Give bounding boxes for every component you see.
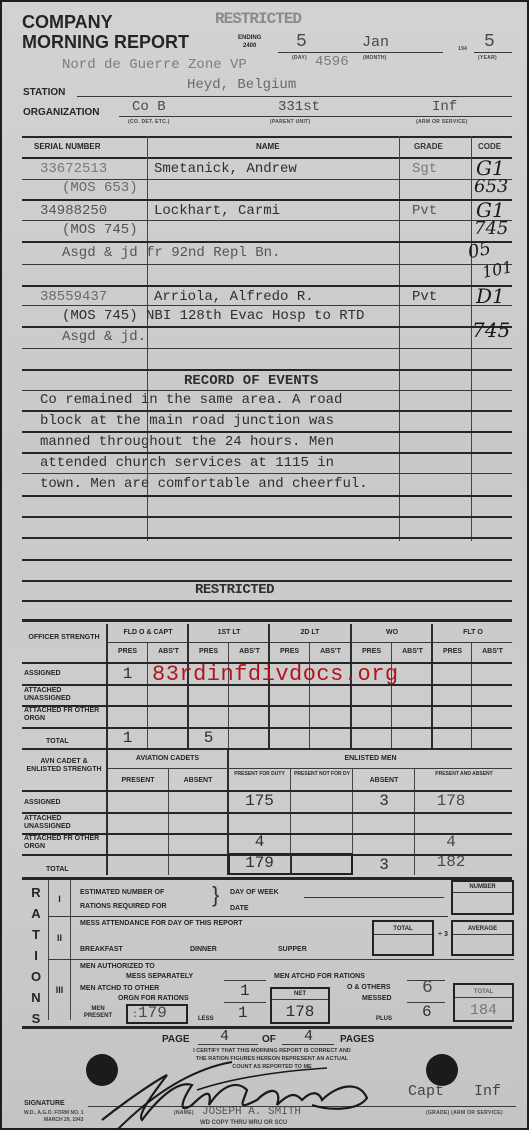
average-label: AVERAGE xyxy=(453,925,512,933)
record-of-events-title: RECORD OF EVENTS xyxy=(184,373,318,389)
group-enlisted-men: ENLISTED MEN xyxy=(229,755,512,763)
section-3-numeral: III xyxy=(49,985,70,995)
atchd-other-underline xyxy=(224,1002,266,1003)
enlisted-strength-header: AVN CADET & ENLISTED STRENGTH xyxy=(24,758,104,774)
row-label-assigned: ASSIGNED xyxy=(24,670,61,678)
enlisted-assigned-absent: 3 xyxy=(354,792,414,810)
supper-label: SUPPER xyxy=(278,946,307,954)
ending-label: ENDING 2400 xyxy=(238,34,261,50)
event-line: town. Men are comfortable and cheerful. xyxy=(40,476,368,492)
restricted-stamp-top: RESTRICTED xyxy=(215,10,301,28)
grid-reference: 4596 xyxy=(315,54,349,70)
rations-total-box-rule xyxy=(455,997,512,998)
number-box-rule xyxy=(453,892,512,893)
report-year: 5 xyxy=(484,32,495,52)
signer-name: JOSEPH A. SMITH xyxy=(202,1106,301,1118)
section-rule xyxy=(22,1026,512,1029)
code-mos: 745 xyxy=(472,318,510,342)
row-rule xyxy=(22,431,512,433)
roster-top-rule xyxy=(22,136,512,138)
subcol-abst: ABS'T xyxy=(311,648,350,656)
code-remark-2: 101 xyxy=(480,257,514,282)
officer-assigned-fld-pres: 1 xyxy=(108,665,147,683)
subcol-abst: ABS'T xyxy=(230,648,269,656)
net-value: 178 xyxy=(272,1003,328,1021)
signature-label: SIGNATURE xyxy=(24,1100,65,1107)
event-line: attended church services at 1115 in xyxy=(40,455,334,471)
remark: Asgd & jd. xyxy=(62,329,146,345)
orgn-for-rations-label: ORGN FOR RATIONS xyxy=(118,995,189,1003)
row-label-assigned: ASSIGNED xyxy=(24,799,61,807)
row-rule xyxy=(22,348,512,349)
row-rule xyxy=(22,452,512,454)
row-rule xyxy=(22,220,512,221)
year-underline xyxy=(474,52,512,53)
enlisted-total-total: 182 xyxy=(416,853,486,871)
group-aviation-cadets: AVIATION CADETS xyxy=(108,755,227,763)
plus-value: 6 xyxy=(422,1003,432,1021)
mess-separately-label: MESS SEPARATELY xyxy=(126,973,193,981)
officer-subheader-rule xyxy=(106,642,512,643)
row-rule xyxy=(22,516,512,518)
page-number: 4 xyxy=(220,1028,229,1045)
subcol-pres: PRES xyxy=(352,648,391,656)
group-wo: WO xyxy=(352,629,432,637)
officer-total-1st-lt-pres: 5 xyxy=(189,729,228,747)
enlisted-total-pfd: 179 xyxy=(229,854,290,872)
row-rule xyxy=(22,410,512,412)
day-of-week-underline xyxy=(304,897,444,898)
subcol-abst: ABS'T xyxy=(473,648,512,656)
enlisted-total-absent: 3 xyxy=(354,856,414,874)
soldier-name: Arriola, Alfredo R. xyxy=(154,289,314,305)
grade: Pvt xyxy=(412,289,437,305)
mess-total-label: TOTAL xyxy=(374,925,432,933)
code: D1 xyxy=(476,284,505,308)
morning-report-page: COMPANY MORNING REPORT RESTRICTED ENDING… xyxy=(2,2,527,1128)
officer-vline xyxy=(471,643,472,748)
copy-note: WD COPY THRU MRU OR SCU xyxy=(200,1120,287,1126)
code-mos: 745 xyxy=(474,218,508,239)
divide-by-three: ÷ 3 xyxy=(436,930,450,940)
officer-vline xyxy=(147,643,148,748)
mos: (MOS 653) xyxy=(62,180,138,196)
subcol-abst: ABS'T xyxy=(393,648,432,656)
less-value: 1 xyxy=(238,1004,248,1022)
net-box-rule xyxy=(272,999,328,1000)
mess-separately-underline xyxy=(224,980,266,981)
rations-vertical-label: R A T I O N S xyxy=(24,882,48,1029)
signer-arm: Inf xyxy=(474,1083,501,1100)
col-cadet-present: PRESENT xyxy=(108,777,168,785)
rations-rule xyxy=(48,959,514,960)
report-month: Jan xyxy=(362,34,389,51)
date-label: DATE xyxy=(230,905,249,913)
row-rule xyxy=(22,559,512,561)
plus-label: PLUS xyxy=(376,1015,392,1023)
grade-caption: (GRADE) (ARM OR SERVICE) xyxy=(426,1110,503,1116)
mos: (MOS 745) xyxy=(62,222,138,238)
year-caption: (YEAR) xyxy=(478,55,497,61)
messed-label: MESSED xyxy=(362,995,392,1003)
officer-vline xyxy=(391,643,392,748)
org-caption-arm: (ARM OR SERVICE) xyxy=(416,119,468,125)
breakfast-label: BREAKFAST xyxy=(80,946,123,954)
subcol-abst: ABS'T xyxy=(149,648,188,656)
roster-header-rule xyxy=(22,157,512,159)
section-2-text: MESS ATTENDANCE FOR DAY OF THIS REPORT xyxy=(80,920,243,928)
binder-hole-right xyxy=(426,1054,458,1086)
row-rule xyxy=(22,199,512,201)
org-company: Co B xyxy=(132,99,166,115)
section-rule xyxy=(22,877,512,880)
col-grade: GRADE xyxy=(414,143,443,151)
total-pages: 4 xyxy=(304,1028,313,1045)
rations-rule xyxy=(48,916,448,917)
row-rule xyxy=(22,812,512,814)
row-label-attached-fr-other: ATTACHED FR OTHER ORGN xyxy=(24,707,104,723)
group-2d-lt: 2D LT xyxy=(270,629,350,637)
signer-grade: Capt xyxy=(408,1083,444,1100)
section-1-text: ESTIMATED NUMBER OF xyxy=(80,889,164,897)
org-caption-parent: (PARENT UNIT) xyxy=(270,119,310,125)
enlisted-assigned-total: 178 xyxy=(416,792,486,810)
day-of-week-label: DAY OF WEEK xyxy=(230,889,279,897)
serial-number: 33672513 xyxy=(40,161,107,177)
restricted-stamp-mid: RESTRICTED xyxy=(195,582,274,598)
location-line: Nord de Guerre Zone VP xyxy=(62,57,247,73)
dinner-label: DINNER xyxy=(190,946,217,954)
col-cadet-absent: ABSENT xyxy=(169,777,227,785)
org-caption-company: (CO. DET. ETC.) xyxy=(128,119,170,125)
org-parent: 331st xyxy=(278,99,320,115)
officer-vline xyxy=(309,643,310,748)
row-rule xyxy=(22,326,512,328)
enlisted-assigned-pfd: 175 xyxy=(229,792,290,810)
average-box-rule xyxy=(453,934,512,935)
grade: Sgt xyxy=(412,161,437,177)
row-rule xyxy=(22,537,512,539)
name-caption: (NAME) xyxy=(174,1110,194,1116)
serial-number: 34988250 xyxy=(40,203,107,219)
col-present-and-absent: PRESENT AND ABSENT xyxy=(416,771,512,778)
brace-icon: } xyxy=(212,884,219,906)
col-enlisted-absent: ABSENT xyxy=(354,777,414,785)
of-label: OF xyxy=(262,1034,276,1045)
men-atchd-other-value: 1 xyxy=(240,982,250,1000)
section-1-numeral: I xyxy=(49,894,70,904)
col-present-not-for-duty: PRESENT NOT FOR DY xyxy=(292,771,352,778)
serial-number: 38559437 xyxy=(40,289,107,305)
form-title: COMPANY MORNING REPORT xyxy=(22,12,189,52)
day-caption: (DAY) xyxy=(292,55,307,61)
code-remark: 05 xyxy=(466,238,493,263)
event-line: manned throughout the 24 hours. Men xyxy=(40,434,334,450)
men-present-value: :179 xyxy=(132,1004,167,1022)
section-1-text: RATIONS REQUIRED FOR xyxy=(80,903,167,911)
code-mos: 653 xyxy=(474,176,508,197)
row-rule xyxy=(22,369,512,371)
row-label-total: TOTAL xyxy=(46,866,69,874)
form-title-line1: COMPANY xyxy=(22,12,189,32)
less-label: LESS xyxy=(198,1015,214,1023)
officer-total-fld-pres: 1 xyxy=(108,729,147,747)
net-label: NET xyxy=(272,990,328,998)
row-label-attached-fr-other: ATTACHED FR OTHER ORGN xyxy=(24,835,104,851)
pages-label: PAGES xyxy=(340,1034,374,1045)
subcol-pres: PRES xyxy=(189,648,228,656)
col-serial-number: SERIAL NUMBER xyxy=(34,143,101,151)
section-rule xyxy=(22,619,512,622)
men-authorized-label: MEN AUTHORIZED TO xyxy=(80,963,155,971)
event-line: Co remained in the same area. A road xyxy=(40,392,342,408)
men-atchd-other-label: MEN ATCHD TO OTHER xyxy=(80,985,159,993)
soldier-name: Lockhart, Carmi xyxy=(154,203,280,219)
event-line: block at the main road junction was xyxy=(40,413,334,429)
col-present-for-duty: PRESENT FOR DUTY xyxy=(229,771,290,778)
form-reference: W.D., A.G.O. FORM NO. 1 MARCH 29, 1943 xyxy=(24,1110,84,1124)
row-rule xyxy=(22,748,512,750)
officer-vline xyxy=(228,643,229,748)
row-rule xyxy=(22,473,512,474)
station-label: STATION xyxy=(23,87,65,98)
men-atchd-for-value: 6 xyxy=(422,978,433,998)
station-value: Heyd, Belgium xyxy=(187,77,296,93)
date-underline xyxy=(278,52,443,53)
remark: Asgd & jd fr 92nd Repl Bn. xyxy=(62,245,280,261)
row-label-attached-unassigned: ATTACHED UNASSIGNED xyxy=(24,687,104,703)
page-label: PAGE xyxy=(162,1034,190,1045)
enlisted-subheader-rule xyxy=(106,768,512,769)
form-title-line2: MORNING REPORT xyxy=(22,32,189,52)
month-caption: (MONTH) xyxy=(363,55,387,61)
roster-vline-2 xyxy=(399,136,400,541)
organization-underline xyxy=(119,116,512,117)
rations-total-label: TOTAL xyxy=(455,988,512,996)
men-atchd-for-rations-label: MEN ATCHD FOR RATIONS xyxy=(274,973,365,981)
mos: (MOS 745) NBI 128th Evac Hosp to RTD xyxy=(62,308,364,324)
total-box-divider xyxy=(290,853,292,875)
others-label: O & OTHERS xyxy=(347,984,391,992)
org-arm: Inf xyxy=(432,99,457,115)
mess-total-box-rule xyxy=(374,934,432,935)
station-underline xyxy=(77,96,512,97)
number-label: NUMBER xyxy=(453,883,512,891)
subcol-pres: PRES xyxy=(433,648,472,656)
group-flt-o: FLT O xyxy=(433,629,513,637)
row-rule xyxy=(22,264,512,265)
group-fld-o-capt: FLD O & CAPT xyxy=(108,629,188,637)
row-rule xyxy=(22,727,512,729)
row-rule xyxy=(22,390,512,391)
report-day: 5 xyxy=(296,32,307,52)
section-2-numeral: II xyxy=(49,933,70,943)
row-label-total: TOTAL xyxy=(46,738,69,746)
enlisted-vline xyxy=(414,769,415,875)
row-rule xyxy=(22,285,512,287)
row-rule xyxy=(22,241,512,243)
row-rule xyxy=(22,600,512,602)
rations-total-value: 184 xyxy=(455,1002,512,1019)
subcol-pres: PRES xyxy=(270,648,309,656)
row-rule xyxy=(22,305,512,306)
enlisted-attached-pfd: 4 xyxy=(229,833,290,851)
group-1st-lt: 1ST LT xyxy=(189,629,269,637)
enlisted-attached-total: 4 xyxy=(416,833,486,851)
rations-vline xyxy=(70,880,71,1020)
soldier-name: Smetanick, Andrew xyxy=(154,161,297,177)
grade: Pvt xyxy=(412,203,437,219)
row-rule xyxy=(22,495,512,497)
watermark: 83rdinfdivdocs.org xyxy=(152,662,399,687)
officer-strength-header: OFFICER STRENGTH xyxy=(24,634,104,642)
col-name: NAME xyxy=(256,143,280,151)
men-present-label: MEN PRESENT xyxy=(72,1006,124,1020)
col-code: CODE xyxy=(478,143,501,151)
row-label-attached-unassigned: ATTACHED UNASSIGNED xyxy=(24,815,104,831)
organization-label: ORGANIZATION xyxy=(23,107,99,118)
subcol-pres: PRES xyxy=(108,648,147,656)
